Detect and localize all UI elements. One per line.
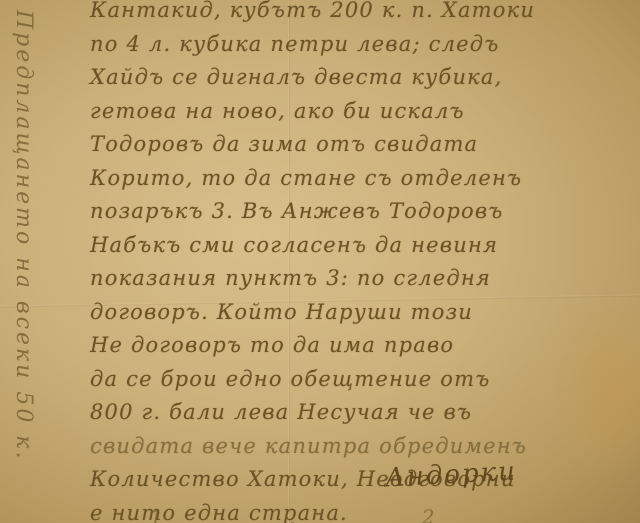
text-line-9: показания пунктъ 3: по сгледня [90,262,640,296]
text-line-4: гетова на ново, ако би искалъ [90,95,640,129]
text-line-15: Количество Хатоки, Неодговорни [90,463,640,497]
text-line-10: договоръ. Който Наруши този [90,296,640,330]
text-line-5: Тодоровъ да зима отъ свидата [90,128,640,162]
text-line-11: Не договоръ то да има право [90,329,640,363]
margin-note-vertical: Предплащането на всеки 50 к. [0,10,36,510]
text-line-7: позаръкъ 3. Въ Анжевъ Тодоровъ [90,195,640,229]
text-line-1: Кантакид, кубътъ 200 к. п. Хатоки [90,0,640,28]
bottom-partial-text: 1 . 2 [150,505,495,523]
text-line-2: по 4 л. кубика петри лева; следъ [90,28,640,62]
text-line-6: Корито, то да стане съ отделенъ [90,162,640,196]
text-line-8: Набъкъ сми согласенъ да невиня [90,229,640,263]
text-line-14: свидата вече капитра обредименъ [90,430,640,464]
text-line-3: Хайдъ се дигналъ двеста кубика, [90,61,640,95]
text-line-12: да се брои едно обещтение отъ [90,363,640,397]
text-line-13: 800 г. бали лева Несучая че въ [90,396,640,430]
letter-body: Кантакид, кубътъ 200 к. п. Хатоки по 4 л… [90,0,640,523]
letter-page: Предплащането на всеки 50 к. Кантакид, к… [0,0,640,523]
